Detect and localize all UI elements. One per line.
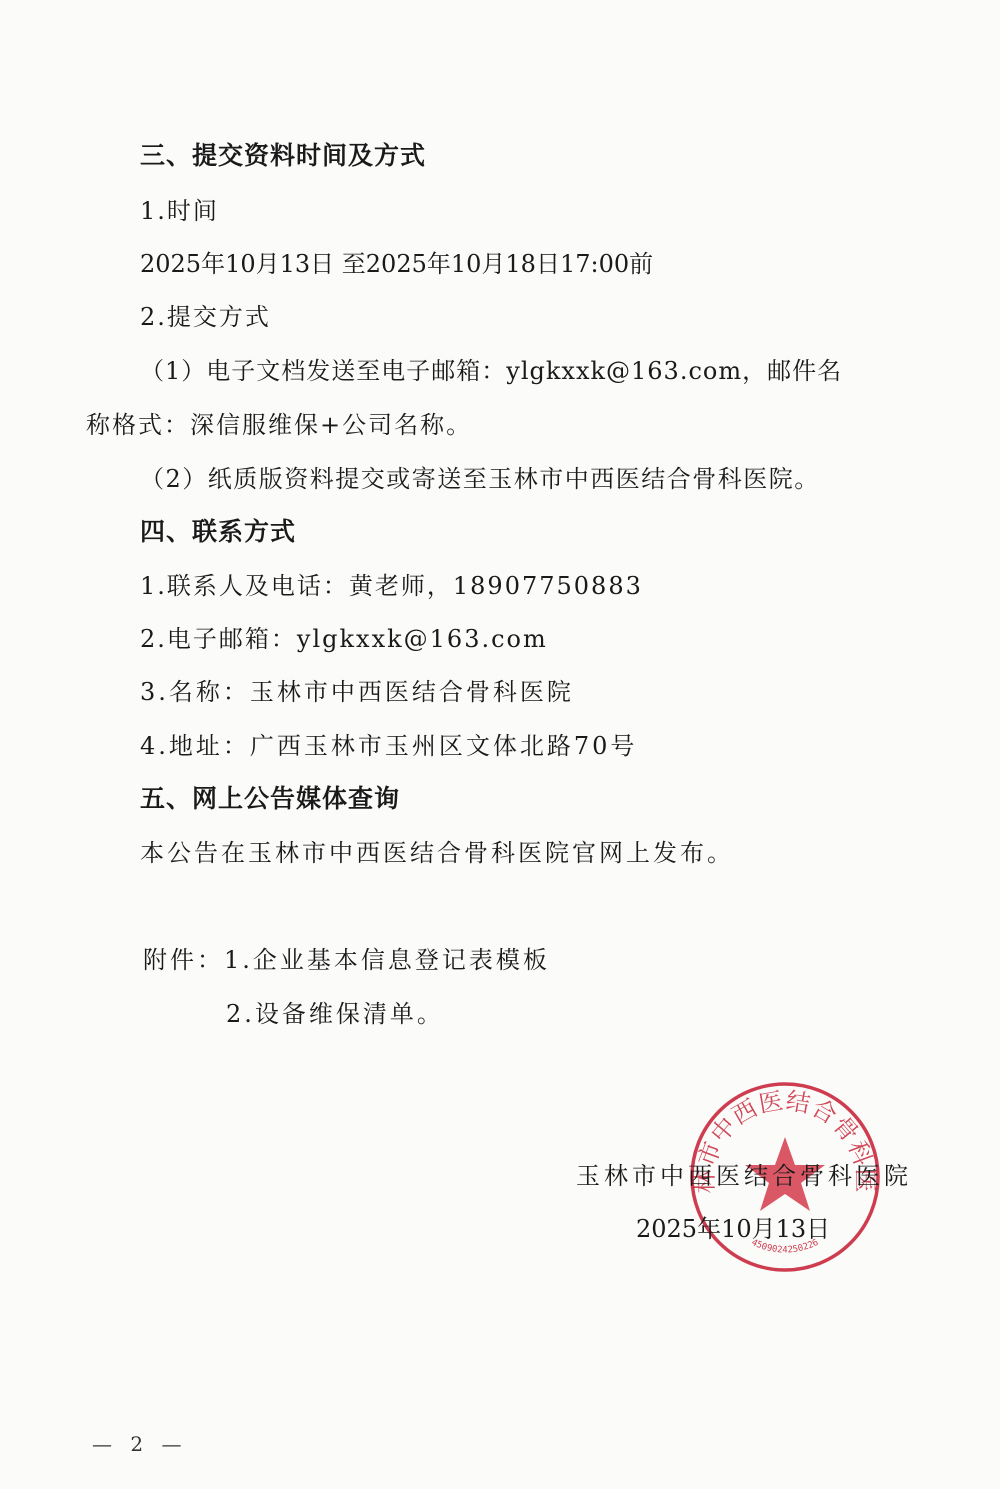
contact-person: 1.联系人及电话：黄老师，18907750883: [140, 566, 643, 601]
signature-org: 玉林市中西医结合骨科医院: [576, 1156, 912, 1191]
attachment-2: 2.设备维保清单。: [226, 994, 444, 1029]
page-number: — 2 —: [92, 1432, 187, 1456]
section-heading-media: 五、网上公告媒体查询: [140, 779, 400, 815]
attachment-1: 附件：1.企业基本信息登记表模板: [143, 940, 550, 975]
publish-note: 本公告在玉林市中西医结合骨科医院官网上发布。: [140, 833, 734, 868]
section-heading-submission: 三、提交资料时间及方式: [140, 136, 426, 172]
contact-name: 3.名称：玉林市中西医结合骨科医院: [140, 672, 574, 707]
method-1-line-a: （1）电子文档发送至电子邮箱：ylgkxxk@163.com，邮件名: [140, 351, 842, 386]
method-1-line-b: 称格式：深信服维保+公司名称。: [86, 405, 472, 440]
method-2: （2）纸质版资料提交或寄送至玉林市中西医结合骨科医院。: [140, 459, 820, 494]
contact-email: 2.电子邮箱：ylgkxxk@163.com: [140, 619, 548, 654]
time-value: 2025年10月13日 至2025年10月18日17:00前: [140, 244, 653, 279]
section-heading-contact: 四、联系方式: [140, 512, 296, 548]
time-label: 1.时间: [140, 191, 219, 226]
method-label: 2.提交方式: [140, 297, 271, 332]
signature-date: 2025年10月13日: [636, 1209, 830, 1244]
contact-address: 4.地址：广西玉林市玉州区文体北路70号: [140, 726, 637, 761]
